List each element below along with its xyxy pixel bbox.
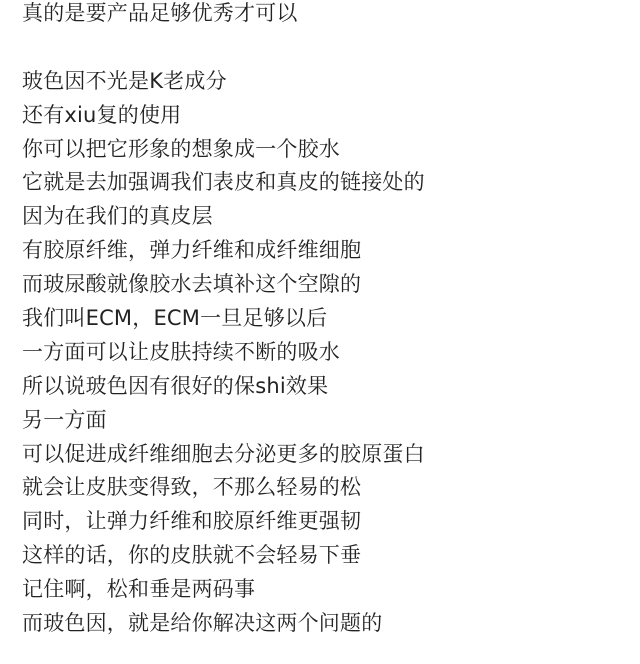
blank-line [22,31,640,65]
text-line: 另一方面 [22,404,640,438]
text-line: 可以促进成纤维细胞去分泌更多的胶原蛋白 [22,438,640,472]
text-line: 同时，让弹力纤维和胶原纤维更强韧 [22,505,640,539]
text-line: 记住啊，松和垂是两码事 [22,573,640,607]
text-line: 还有xiu复的使用 [22,99,640,133]
text-line: 而玻色因，就是给你解决这两个问题的 [22,607,640,641]
text-line: 有胶原纤维，弹力纤维和成纤维细胞 [22,234,640,268]
text-line: 而玻尿酸就像胶水去填补这个空隙的 [22,268,640,302]
text-line: 这样的话，你的皮肤就不会轻易下垂 [22,539,640,573]
text-line: 真的是要产品足够优秀才可以 [22,0,640,31]
text-line: 我们叫ECM，ECM一旦足够以后 [22,302,640,336]
text-line: 它就是去加强调我们表皮和真皮的链接处的 [22,166,640,200]
document-body: 真的是要产品足够优秀才可以 玻色因不光是K老成分 还有xiu复的使用 你可以把它… [22,0,640,641]
text-line: 所以说玻色因有很好的保shi效果 [22,370,640,404]
text-line: 因为在我们的真皮层 [22,200,640,234]
text-line: 玻色因不光是K老成分 [22,65,640,99]
text-line: 你可以把它形象的想象成一个胶水 [22,133,640,167]
text-line: 一方面可以让皮肤持续不断的吸水 [22,336,640,370]
text-line: 就会让皮肤变得致，不那么轻易的松 [22,471,640,505]
